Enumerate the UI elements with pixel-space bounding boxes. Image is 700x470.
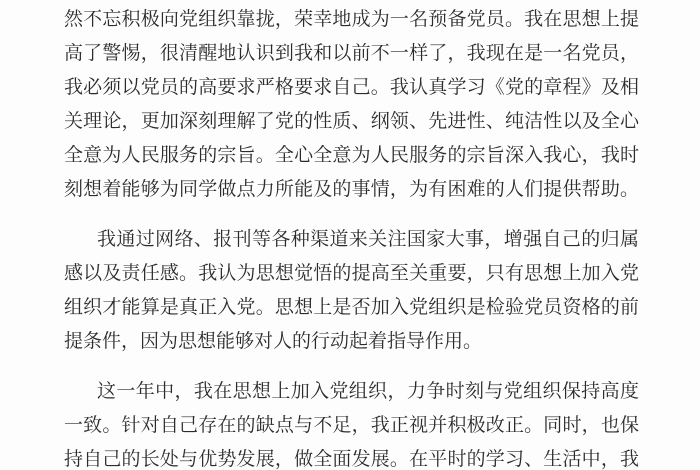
- text-line: 然不忘积极向党组织靠拢，荣幸地成为一名预备党员。我在思想上提: [64, 3, 639, 37]
- text-line: 高了警惕，很清醒地认识到我和以前不一样了，我现在是一名党员，: [64, 37, 639, 71]
- text-line: 感以及责任感。我认为思想觉悟的提高至关重要，只有思想上加入党: [64, 257, 639, 291]
- text-line: 刻想着能够为同学做点力所能及的事情，为有困难的人们提供帮助。: [64, 173, 639, 207]
- text-line: 这一年中，我在思想上加入党组织，力争时刻与党组织保持高度: [64, 375, 639, 409]
- paragraph: 我通过网络、报刊等各种渠道来关注国家大事，增强自己的归属感以及责任感。我认为思想…: [64, 223, 639, 359]
- text-line: 组织才能算是真正入党。思想上是否加入党组织是检验党员资格的前: [64, 291, 639, 325]
- text-line: 全意为人民服务的宗旨。全心全意为人民服务的宗旨深入我心，我时: [64, 139, 639, 173]
- text-line: 我通过网络、报刊等各种渠道来关注国家大事，增强自己的归属: [64, 223, 639, 257]
- text-line: 提条件，因为思想能够对人的行动起着指导作用。: [64, 325, 639, 359]
- text-line: 持自己的长处与优势发展，做全面发展。在平时的学习、生活中，我: [64, 443, 639, 470]
- paragraph: 这一年中，我在思想上加入党组织，力争时刻与党组织保持高度一致。针对自己存在的缺点…: [64, 375, 639, 470]
- text-line: 一致。针对自己存在的缺点与不足，我正视并积极改正。同时，也保: [64, 409, 639, 443]
- text-line: 关理论，更加深刻理解了党的性质、纲领、先进性、纯洁性以及全心: [64, 105, 639, 139]
- paragraph: 然不忘积极向党组织靠拢，荣幸地成为一名预备党员。我在思想上提高了警惕，很清醒地认…: [64, 3, 639, 207]
- text-line: 我必须以党员的高要求严格要求自己。我认真学习《党的章程》及相: [64, 71, 639, 105]
- document-page: 然不忘积极向党组织靠拢，荣幸地成为一名预备党员。我在思想上提高了警惕，很清醒地认…: [0, 0, 700, 470]
- document-text: 然不忘积极向党组织靠拢，荣幸地成为一名预备党员。我在思想上提高了警惕，很清醒地认…: [64, 3, 639, 470]
